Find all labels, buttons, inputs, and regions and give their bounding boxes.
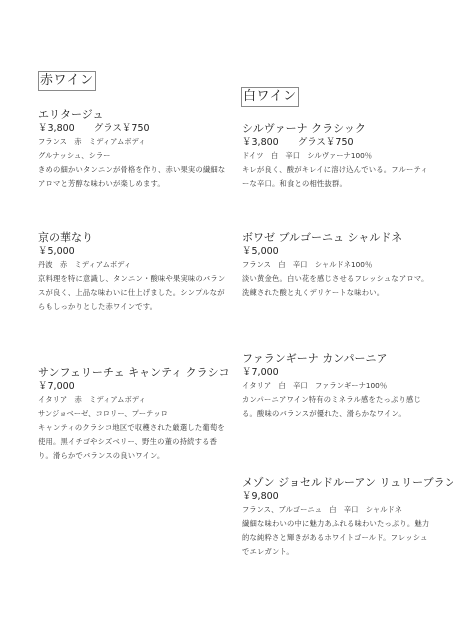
wine-description: キャンティのクラシコ地区で収穫された厳選した葡萄を使用。黒イチゴやシズベリー、野…: [38, 421, 230, 463]
wine-origin: イタリア 赤 ミディアムボディ: [38, 393, 230, 407]
wine-origin: イタリア 白 辛口 ファランギーナ100％: [242, 379, 434, 393]
wine-name: シルヴァーナ クラシック: [242, 122, 434, 136]
wine-description: キレが良く、酸がキレイに溶け込んでいる。フルーティーな辛口。和食との相性抜群。: [242, 163, 434, 191]
wine-item-red-2: 京の華なり ￥5,000 丹波 赤 ミディアムボディ 京料理を特に意識し、タンニ…: [38, 231, 230, 314]
wine-name: エリタージュ: [38, 108, 230, 122]
wine-item-white-3: ファランギーナ カンパーニア ￥7,000 イタリア 白 辛口 ファランギーナ1…: [242, 352, 434, 421]
wine-origin: 丹波 赤 ミディアムボディ: [38, 258, 230, 272]
wine-price: ￥7,000: [242, 366, 434, 379]
wine-price: ￥3,800 グラス￥750: [242, 136, 434, 149]
white-wine-heading: 白ワイン: [241, 87, 299, 107]
wine-item-white-2: ボワゼ ブルゴーニュ シャルドネ ￥5,000 フランス 白 辛口 シャルドネ1…: [242, 231, 434, 300]
wine-price: ￥5,000: [242, 245, 434, 258]
wine-description: 淡い黄金色。白い花を感じさせるフレッシュなアロマ。洗練された酸と丸くデリケートな…: [242, 272, 434, 300]
wine-description: カンパーニアワイン特有のミネラル感をたっぷり感じる。酸味のバランスが優れた、滑ら…: [242, 393, 434, 421]
wine-grapes: サンジョベーゼ、コロリー、プーテッロ: [38, 407, 230, 421]
wine-price: ￥9,800: [242, 490, 434, 503]
red-wine-heading: 赤ワイン: [38, 71, 96, 91]
wine-name: メゾン ジョセルドルーアン リュリーブラン: [242, 476, 434, 490]
wine-origin: フランス 白 辛口 シャルドネ100％: [242, 258, 434, 272]
wine-item-red-3: サンフェリーチェ キャンティ クラシコ ￥7,000 イタリア 赤 ミディアムボ…: [38, 366, 230, 463]
wine-name: 京の華なり: [38, 231, 230, 245]
wine-price: ￥5,000: [38, 245, 230, 258]
wine-name: ボワゼ ブルゴーニュ シャルドネ: [242, 231, 434, 245]
wine-item-red-1: エリタージュ ￥3,800 グラス￥750 フランス 赤 ミディアムボディ グル…: [38, 108, 230, 191]
wine-price: ￥3,800 グラス￥750: [38, 122, 230, 135]
wine-description: 京料理を特に意識し、タンニン・酸味や果実味のバランスが良く、上品な味わいに仕上げ…: [38, 272, 230, 314]
wine-description: きめの細かいタンニンが骨格を作り、赤い果実の繊細なアロマと芳醇な味わいが楽しめま…: [38, 163, 230, 191]
wine-grapes: グルナッシュ、シラー: [38, 149, 230, 163]
wine-description: 繊細な味わいの中に魅力あふれる味わいたっぷり。魅力的な純粋さと輝きがあるホワイト…: [242, 517, 434, 559]
wine-name: サンフェリーチェ キャンティ クラシコ: [38, 366, 230, 380]
wine-item-white-1: シルヴァーナ クラシック ￥3,800 グラス￥750 ドイツ 白 辛口 シルヴ…: [242, 122, 434, 191]
wine-item-white-4: メゾン ジョセルドルーアン リュリーブラン ￥9,800 フランス、ブルゴーニュ…: [242, 476, 434, 559]
wine-name: ファランギーナ カンパーニア: [242, 352, 434, 366]
wine-origin: フランス 赤 ミディアムボディ: [38, 135, 230, 149]
wine-origin: ドイツ 白 辛口 シルヴァーナ100％: [242, 149, 434, 163]
wine-price: ￥7,000: [38, 380, 230, 393]
wine-origin: フランス、ブルゴーニュ 白 辛口 シャルドネ: [242, 503, 434, 517]
